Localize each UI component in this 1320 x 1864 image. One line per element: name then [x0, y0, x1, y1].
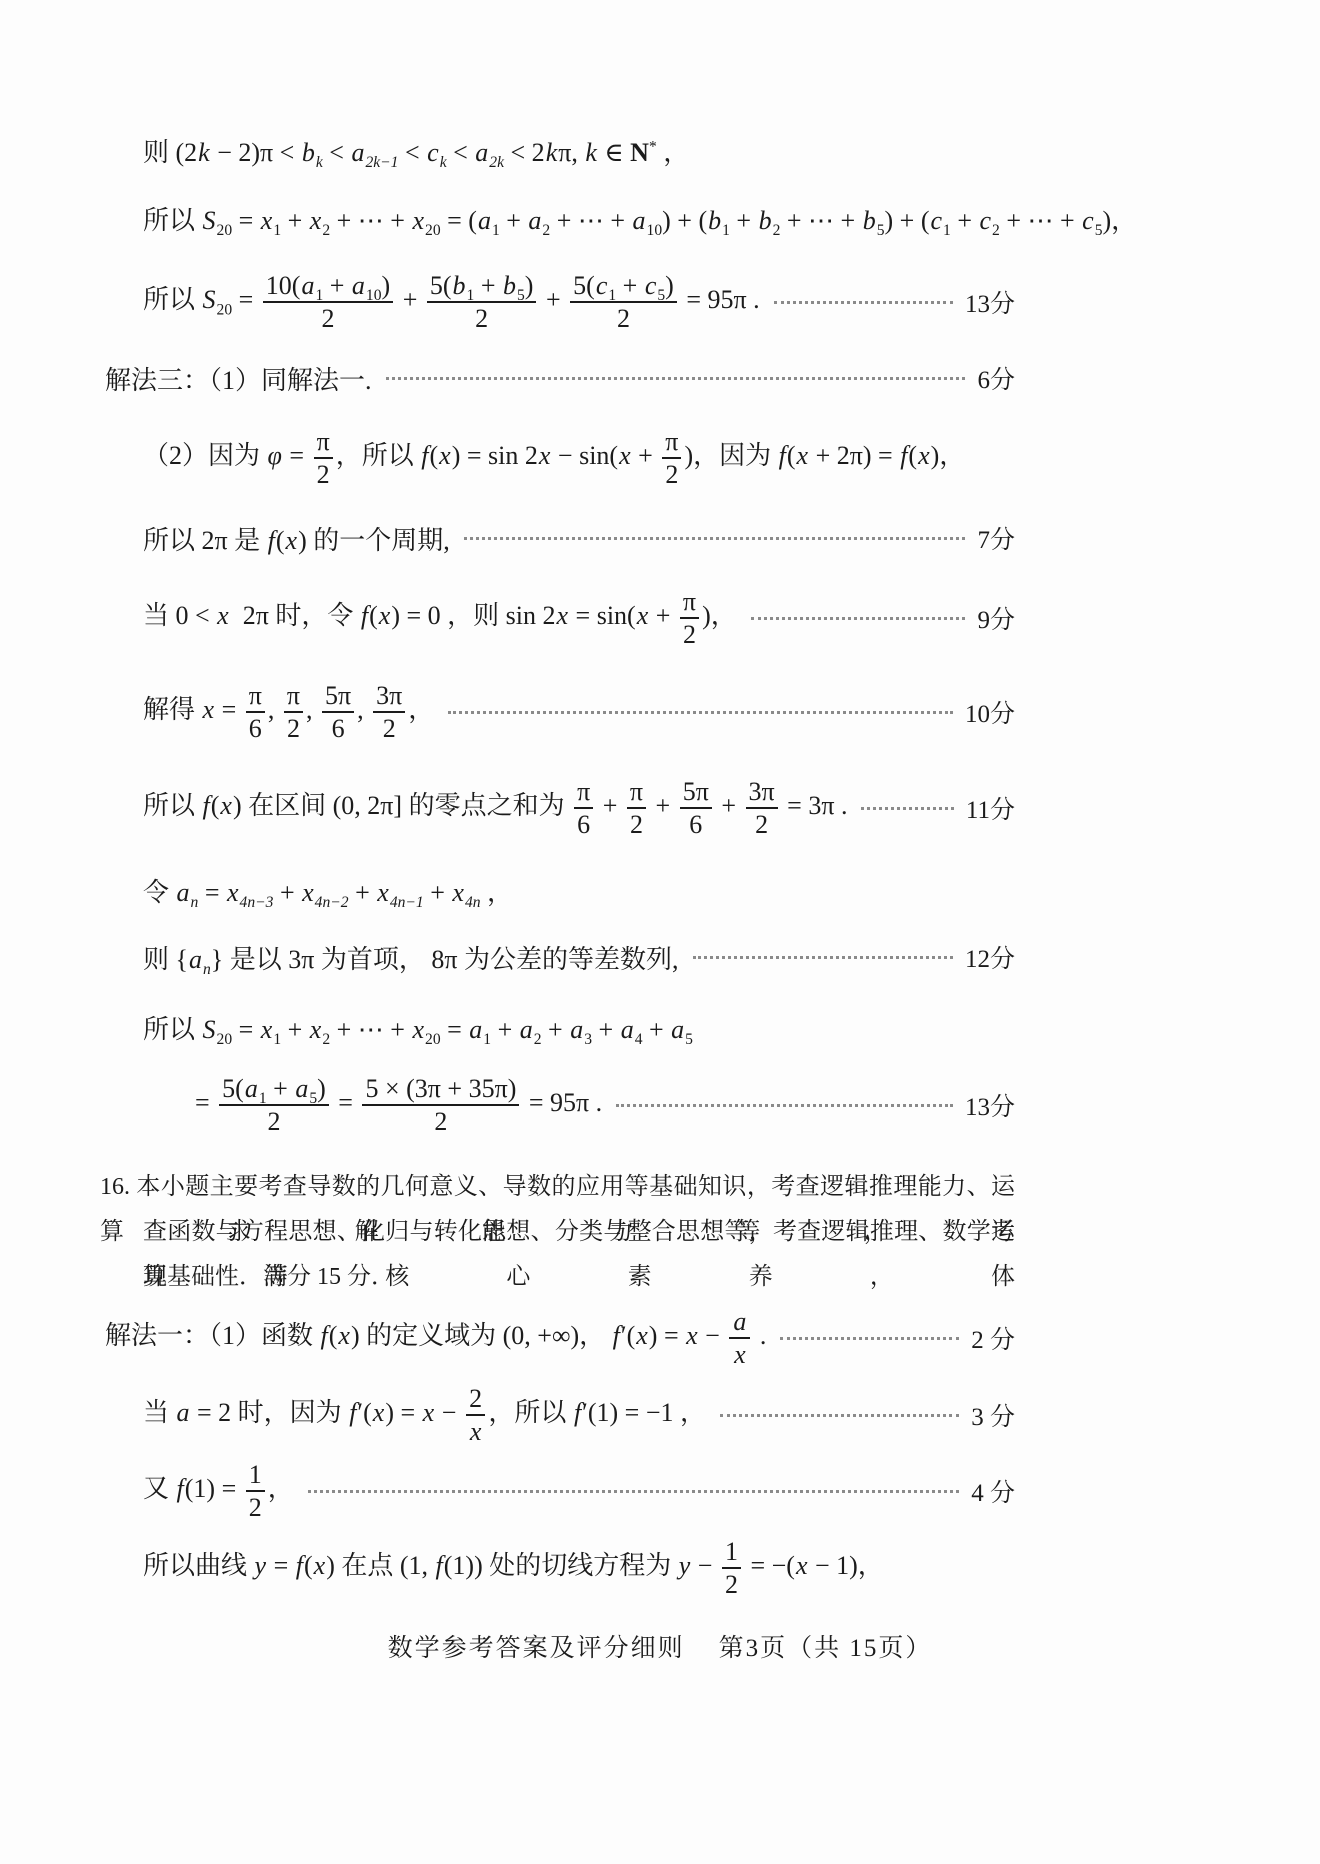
formula-line-s20-a-sum: 所以 S20 = x1 + x2 + ⋯ + x20 = a1 + a2 + a…	[143, 1002, 1015, 1052]
solution-three-header: 解法三：（1）同解法一.6分	[105, 353, 1015, 403]
footer-page-info: 第3页（共 15页）	[719, 1635, 933, 1662]
fraction: 5(c1 + c5)2	[570, 271, 677, 333]
dotted-leader	[751, 617, 966, 620]
formula-expression: 当 0 < x 2π 时，令 f(x) = 0 ，则 sin 2x = sin(…	[143, 587, 737, 649]
dotted-leader	[774, 301, 953, 304]
formula-expression: 所以 S20 = 10(a1 + a10)2 + 5(b1 + b5)2 + 5…	[143, 271, 760, 333]
dotted-leader	[780, 1337, 959, 1340]
formula-line-period: 所以 2π 是 f(x) 的一个周期,7分	[143, 513, 1015, 563]
score-label: 2 分	[971, 1320, 1015, 1356]
fraction: 5(a1 + a5)2	[219, 1074, 329, 1136]
score-label: 7分	[977, 520, 1015, 556]
formula-expression: 解得 x = π6, π2, 5π6, 3π2，	[143, 681, 434, 743]
dotted-leader	[861, 807, 953, 810]
score-label: 12分	[965, 939, 1015, 975]
formula-expression: 解法三：（1）同解法一.	[105, 360, 372, 397]
formula-expression: = 5(a1 + a5)2 = 5 × (3π + 35π)2 = 95π .	[195, 1074, 602, 1136]
formula-line-roots: 解得 x = π6, π2, 5π6, 3π2，10分	[143, 674, 1015, 750]
fraction: π2	[314, 427, 333, 489]
formula-line-tangent: 所以曲线 y = f(x) 在点 (1, f(1)) 处的切线方程为 y − 1…	[143, 1530, 1015, 1606]
formula-line-phi: （2）因为 φ = π2，所以 f(x) = sin 2x − sin(x + …	[143, 420, 1015, 496]
fraction: π2	[284, 681, 303, 743]
formula-line-s20-expanded: 所以 S20 = x1 + x2 + ⋯ + x20 = (a1 + a2 + …	[143, 193, 1015, 243]
dotted-leader	[308, 1490, 959, 1493]
fraction: π6	[574, 777, 593, 839]
problem16-intro-line1: 16. 本小题主要考查导数的几何意义、导数的应用等基础知识，考查逻辑推理能力、运…	[100, 1165, 1015, 1210]
formula-line-zero-equation: 当 0 < x 2π 时，令 f(x) = 0 ，则 sin 2x = sin(…	[143, 580, 1015, 656]
fraction: π6	[246, 681, 265, 743]
problem16-intro-line2: 查函数与方程思想、化归与转化思想、分类与整合思想等，考查逻辑推理、数学运算等核心…	[143, 1210, 1015, 1255]
formula-expression: 所以 2π 是 f(x) 的一个周期,	[143, 520, 450, 557]
dotted-leader	[720, 1414, 959, 1417]
formula-expression: 所以 f(x) 在区间 (0, 2π] 的零点之和为 π6 + π2 + 5π6…	[143, 777, 847, 839]
fraction: 12	[722, 1537, 741, 1599]
dotted-leader	[464, 537, 966, 540]
formula-expression: 当 a = 2 时，因为 f′(x) = x − 2x，所以 f′(1) = −…	[143, 1384, 706, 1446]
fraction: π2	[680, 587, 699, 649]
fraction: 5π6	[680, 777, 712, 839]
formula-line-s20-value: 所以 S20 = 10(a1 + a10)2 + 5(b1 + b5)2 + 5…	[143, 264, 1015, 340]
score-label: 6分	[977, 360, 1015, 396]
score-label: 4 分	[971, 1473, 1015, 1509]
formula-expression: 则 {an} 是以 3π 为首项， 8π 为公差的等差数列,	[143, 939, 679, 976]
fraction: 12	[246, 1460, 265, 1522]
formula-expression: 所以 S20 = x1 + x2 + ⋯ + x20 = (a1 + a2 + …	[143, 200, 1137, 237]
formula-line-then-inequality: 则 (2k − 2)π < bk < a2k−1 < ck < a2k < 2k…	[143, 125, 1015, 175]
score-label: 10分	[965, 694, 1015, 730]
score-label: 13分	[965, 1087, 1015, 1123]
fraction: 3π2	[373, 681, 405, 743]
fraction: 5 × (3π + 35π)2	[362, 1074, 519, 1136]
formula-line-an-definition: 令 an = x4n−3 + x4n−2 + x4n−1 + x4n ，	[143, 865, 1015, 915]
fraction: π2	[627, 777, 646, 839]
fraction: 10(a1 + a10)2	[263, 271, 393, 333]
formula-expression: （2）因为 φ = π2，所以 f(x) = sin 2x − sin(x + …	[143, 427, 965, 489]
formula-expression: 则 (2k − 2)π < bk < a2k−1 < ck < a2k < 2k…	[143, 132, 689, 169]
fraction: 5(b1 + b5)2	[427, 271, 537, 333]
formula-expression: 令 an = x4n−3 + x4n−2 + x4n−1 + x4n ，	[143, 872, 513, 909]
fraction: 5π6	[322, 681, 354, 743]
answer-sheet-page: 则 (2k − 2)π < bk < a2k−1 < ck < a2k < 2k…	[0, 0, 1320, 1864]
formula-line-zero-sum: 所以 f(x) 在区间 (0, 2π] 的零点之和为 π6 + π2 + 5π6…	[143, 770, 1015, 846]
score-label: 3 分	[971, 1397, 1015, 1433]
formula-line-f1-value: 又 f(1) = 12，4 分	[143, 1453, 1015, 1529]
score-label: 9分	[977, 600, 1015, 636]
solution-one-header-domain: 解法一：（1）函数 f(x) 的定义域为 (0, +∞)， f′(x) = x …	[105, 1300, 1015, 1376]
formula-line-arithmetic-sequence: 则 {an} 是以 3π 为首项， 8π 为公差的等差数列,12分	[143, 932, 1015, 982]
formula-expression: 又 f(1) = 12，	[143, 1460, 294, 1522]
page-footer: 数学参考答案及评分细则第3页（共 15页）	[0, 1629, 1320, 1669]
score-label: 13分	[965, 284, 1015, 320]
fraction: ax	[729, 1307, 750, 1369]
solution-lines: 则 (2k − 2)π < bk < a2k−1 < ck < a2k < 2k…	[0, 0, 1320, 1606]
dotted-leader	[386, 377, 966, 380]
footer-doc-title: 数学参考答案及评分细则	[388, 1635, 685, 1662]
formula-expression: 所以 S20 = x1 + x2 + ⋯ + x20 = a1 + a2 + a…	[143, 1009, 693, 1046]
fraction: 2x	[466, 1384, 486, 1446]
fraction: 3π2	[746, 777, 778, 839]
dotted-leader	[616, 1104, 953, 1107]
dotted-leader	[693, 956, 953, 959]
score-label: 11分	[966, 790, 1015, 826]
formula-line-a-equals-2: 当 a = 2 时，因为 f′(x) = x − 2x，所以 f′(1) = −…	[143, 1377, 1015, 1453]
fraction: π2	[662, 427, 681, 489]
formula-expression: 所以曲线 y = f(x) 在点 (1, f(1)) 处的切线方程为 y − 1…	[143, 1537, 884, 1599]
formula-line-final-95pi: = 5(a1 + a5)2 = 5 × (3π + 35π)2 = 95π .1…	[195, 1067, 1015, 1143]
dotted-leader	[448, 711, 953, 714]
formula-expression: 解法一：（1）函数 f(x) 的定义域为 (0, +∞)， f′(x) = x …	[105, 1307, 766, 1369]
